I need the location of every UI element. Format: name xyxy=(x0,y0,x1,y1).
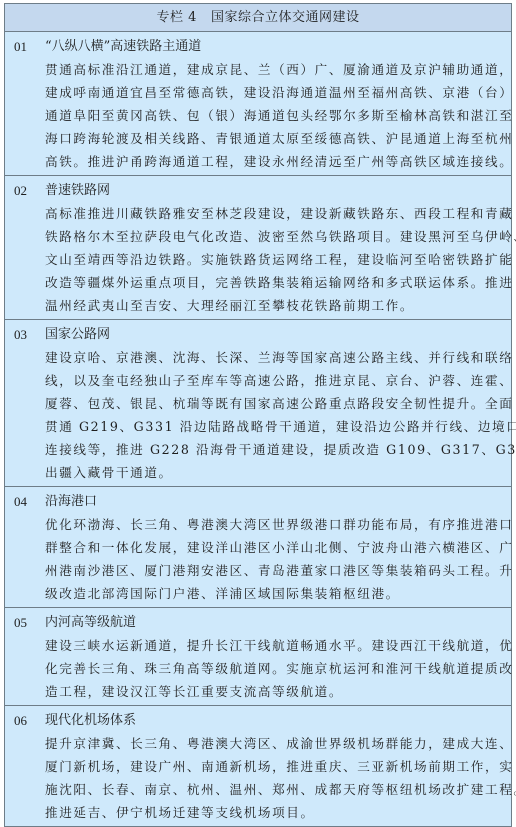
body-line: 铁路格尔木至拉萨段电气化改造、波密至然乌铁路项目。建设黑河至乌伊岭、 xyxy=(45,225,503,248)
body-line: 级改造北部湾国际门户港、洋浦区域国际集装箱枢纽港。 xyxy=(45,582,503,605)
body-line: 建设三峡水运新通道，提升长江干线航道畅通水平。建设西江干线航道，优 xyxy=(45,634,503,657)
section-number: 05 xyxy=(5,611,45,634)
section-title: “八纵八横”高速铁路主通道 xyxy=(45,35,511,58)
body-line: 通道阜阳至黄冈高铁、包（银）海通道包头经鄂尔多斯至榆林高铁和湛江至 xyxy=(45,104,503,127)
body-line: 高标准推进川藏铁路雅安至林芝段建设，建设新藏铁路东、西段工程和青藏 xyxy=(45,202,503,225)
section-heading: 01“八纵八横”高速铁路主通道 xyxy=(5,35,511,58)
section-body: 高标准推进川藏铁路雅安至林芝段建设，建设新藏铁路东、西段工程和青藏铁路格尔木至拉… xyxy=(45,202,503,317)
section-heading: 05内河高等级航道 xyxy=(5,611,511,634)
body-line: 文山至靖西等沿边铁路。实施铁路货运网络工程，建设临河至哈密铁路扩能 xyxy=(45,248,503,271)
section-number: 03 xyxy=(5,323,45,346)
section-body: 建设京哈、京港澳、沈海、长深、兰海等国家高速公路主线、并行线和联络线，以及奎屯经… xyxy=(45,346,503,484)
body-line: 群整合和一体化发展，建设洋山港区小洋山北侧、宁波舟山港六横港区、广 xyxy=(45,536,503,559)
box-title: 国家综合立体交通网建设 xyxy=(211,10,360,25)
sections-list: 01“八纵八横”高速铁路主通道贯通高标准沿江通道，建成京昆、兰（西）广、厦渝通道… xyxy=(5,32,511,800)
box-label: 专栏 4 xyxy=(157,10,197,25)
section-body: 优化环渤海、长三角、粤港澳大湾区世界级港口群功能布局，有序推进港口群整合和一体化… xyxy=(45,513,503,605)
feature-box: 专栏 4国家综合立体交通网建设 01“八纵八横”高速铁路主通道贯通高标准沿江通道… xyxy=(4,3,512,800)
body-line: 优化环渤海、长三角、粤港澳大湾区世界级港口群功能布局，有序推进港口 xyxy=(45,513,503,536)
body-line: 建设京哈、京港澳、沈海、长深、兰海等国家高速公路主线、并行线和联络 xyxy=(45,346,503,369)
section-05: 05内河高等级航道建设三峡水运新通道，提升长江干线航道畅通水平。建设西江干线航道… xyxy=(5,608,511,706)
section-number: 06 xyxy=(5,709,45,732)
body-line: 线，以及奎屯经独山子至库车等高速公路，推进京昆、京台、沪蓉、连霍、 xyxy=(45,369,503,392)
body-line: 高铁。推进沪甬跨海通道工程，建设永州经清远至广州等高铁区域连接线。 xyxy=(45,150,503,173)
section-body: 建设三峡水运新通道，提升长江干线航道畅通水平。建设西江干线航道，优化完善长三角、… xyxy=(45,634,503,703)
body-line: 连接线等，推进 G228 沿海骨干通道建设，提质改造 G109、G317、G31… xyxy=(45,438,503,461)
body-line: 出疆入藏骨干通道。 xyxy=(45,461,503,484)
section-04: 04沿海港口优化环渤海、长三角、粤港澳大湾区世界级港口群功能布局，有序推进港口群… xyxy=(5,487,511,608)
section-number: 04 xyxy=(5,490,45,513)
section-03: 03国家公路网建设京哈、京港澳、沈海、长深、兰海等国家高速公路主线、并行线和联络… xyxy=(5,320,511,487)
section-number: 01 xyxy=(5,35,45,58)
section-heading: 02普速铁路网 xyxy=(5,179,511,202)
section-title: 现代化机场体系 xyxy=(45,709,511,732)
section-title: 普速铁路网 xyxy=(45,179,511,202)
section-02: 02普速铁路网高标准推进川藏铁路雅安至林芝段建设，建设新藏铁路东、西段工程和青藏… xyxy=(5,176,511,320)
section-heading: 06现代化机场体系 xyxy=(5,709,511,732)
section-body: 提升京津冀、长三角、粤港澳大湾区、成渝世界级机场群能力，建成大连、厦门新机场，建… xyxy=(45,732,503,800)
section-number: 02 xyxy=(5,179,45,202)
body-line: 施沈阳、长春、南京、杭州、温州、郑州、成都天府等枢纽机场改扩建工程。 xyxy=(45,778,503,800)
body-line: 厦蓉、包茂、银昆、杭瑞等既有国家高速公路重点路段安全韧性提升。全面 xyxy=(45,392,503,415)
section-title: 国家公路网 xyxy=(45,323,511,346)
body-line: 造工程，建设汉江等长江重要支流高等级航道。 xyxy=(45,680,503,703)
body-line: 改造等疆煤外运重点项目，完善铁路集装箱运输网络和多式联运体系。推进 xyxy=(45,271,503,294)
section-body: 贯通高标准沿江通道，建成京昆、兰（西）广、厦渝通道及京沪辅助通道，建成呼南通道宜… xyxy=(45,58,503,173)
section-title: 沿海港口 xyxy=(45,490,511,513)
body-line: 厦门新机场，建设广州、南通新机场，推进重庆、三亚新机场前期工作，实 xyxy=(45,755,503,778)
section-title: 内河高等级航道 xyxy=(45,611,511,634)
body-line: 温州经武夷山至吉安、大理经丽江至攀枝花铁路前期工作。 xyxy=(45,294,503,317)
body-line: 化完善长三角、珠三角高等级航道网。实施京杭运河和淮河干线航道提质改 xyxy=(45,657,503,680)
body-line: 提升京津冀、长三角、粤港澳大湾区、成渝世界级机场群能力，建成大连、 xyxy=(45,732,503,755)
body-line: 贯通高标准沿江通道，建成京昆、兰（西）广、厦渝通道及京沪辅助通道， xyxy=(45,58,503,81)
box-header: 专栏 4国家综合立体交通网建设 xyxy=(5,4,511,32)
body-line: 建成呼南通道宜昌至常德高铁，建设沿海通道温州至福州高铁、京港（台） xyxy=(45,81,503,104)
section-06: 06现代化机场体系提升京津冀、长三角、粤港澳大湾区、成渝世界级机场群能力，建成大… xyxy=(5,706,511,800)
body-line: 海口跨海轮渡及相关线路、青银通道太原至绥德高铁、沪昆通道上海至杭州 xyxy=(45,127,503,150)
body-line: 州港南沙港区、厦门港翔安港区、青岛港董家口港区等集装箱码头工程。升 xyxy=(45,559,503,582)
section-01: 01“八纵八横”高速铁路主通道贯通高标准沿江通道，建成京昆、兰（西）广、厦渝通道… xyxy=(5,32,511,176)
body-line: 贯通 G219、G331 沿边陆路战略骨干通道，建设沿边公路并行线、边境口岸 xyxy=(45,415,503,438)
section-heading: 04沿海港口 xyxy=(5,490,511,513)
section-heading: 03国家公路网 xyxy=(5,323,511,346)
